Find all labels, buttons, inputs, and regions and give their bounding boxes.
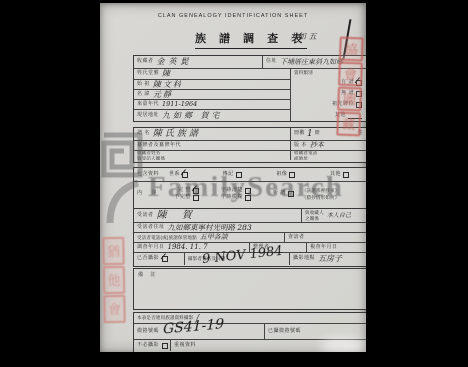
field-label: 始 祖: [137, 82, 150, 88]
handwritten-value: 1911-1964: [162, 101, 197, 108]
field-label: 查訪者: [288, 235, 305, 241]
checkbox-icon: [162, 256, 168, 262]
seal-char: 會: [338, 62, 363, 87]
form-en-title: CLAN GENEALOGY IDENTIFICATION SHEET: [100, 13, 366, 19]
field-label: 冊數: [294, 131, 305, 137]
scanned-document-viewport: FamilySearch 協 會 圖 藏 猶 他 會 CLAN GENEALOG…: [0, 0, 468, 367]
handwritten-value: 抄本: [310, 142, 324, 149]
field-label: 微捲號碼: [137, 329, 159, 335]
field-label: 之關係: [305, 216, 324, 221]
field-label: 姓氏堂號: [137, 71, 159, 77]
red-seal-stamp-left: 猶 他 會: [102, 237, 125, 323]
seal-char: 他: [103, 266, 125, 294]
checkbox-icon: [343, 172, 349, 178]
handwritten-value: 下埔厝庄東斜九如鄉: [280, 59, 343, 66]
handwritten-value: 陳 賀: [157, 211, 198, 221]
field-label: 備 註: [138, 273, 158, 279]
field-label: 不必攝影: [137, 343, 159, 349]
seal-char: 會: [103, 295, 125, 323]
seal-char: 猶: [102, 237, 124, 265]
field-label: 重複資料: [174, 343, 196, 349]
familysearch-watermark-text: FamilySearch: [148, 171, 344, 204]
field-label: 已否攝影: [137, 256, 159, 262]
handwritten-value: 九如鄉東寧村光明路 283: [168, 224, 252, 232]
red-seal-stamp-right: 協 會 圖 藏: [336, 37, 363, 137]
checkbox-icon: [162, 343, 168, 349]
handwritten-value: 本人自己: [327, 213, 351, 219]
field-label: 住址: [266, 59, 277, 65]
table-record-holder: 收藏者 金英髭 住址 下埔厝庄東斜九如鄉 姓氏堂號 陳 始 祖 陳文科: [133, 55, 366, 122]
table-genealogy-title: 譜 名 陳氏族譜 冊數 1 冊 卷 纂修者及纂修年代 版 本 抄本: [133, 127, 366, 163]
handwritten-value: 元靜: [153, 91, 173, 99]
field-label: 收藏者: [137, 59, 154, 65]
handwritten-value: 1: [307, 130, 313, 139]
remarks-box: 備 註: [133, 268, 366, 310]
field-label: 現居地址: [137, 113, 159, 119]
seal-char: 圖: [337, 87, 362, 112]
field-label: 攝影地點: [293, 256, 315, 262]
field-label: 名 諱: [137, 92, 150, 98]
handwritten-value: 陳文科: [153, 81, 183, 89]
handwritten-value: 陳: [162, 70, 170, 78]
field-label: 調查年月日: [137, 245, 165, 251]
field-label: 或地址: [294, 156, 318, 160]
handwritten-value: 五房子: [318, 255, 342, 263]
corner-handwritten-note: 九如 五: [290, 33, 317, 41]
field-label: 與收藏人: [305, 210, 324, 215]
field-label: 複查年月日: [310, 245, 338, 251]
handwritten-value: 金英髭: [157, 58, 193, 66]
field-label: 冊: [315, 131, 321, 137]
field-label: 版 本: [294, 143, 307, 149]
seal-char: 藏: [336, 112, 361, 137]
handwritten-value: 陳氏族譜: [153, 130, 201, 139]
handwritten-value: 五甲各談: [200, 234, 228, 241]
field-label: 收藏者電話: [294, 151, 318, 155]
handwritten-value: 1984. 11. 7: [168, 244, 208, 251]
field-label: 受訪者電話(或)族譜保管地點: [137, 235, 197, 240]
handwritten-value: 九如鄉 賀宅: [162, 112, 223, 120]
field-label: 已攝微捲號碼: [268, 329, 301, 335]
field-label: 來臺年代: [137, 102, 159, 108]
genealogy-form-paper: FamilySearch 協 會 圖 藏 猶 他 會 CLAN GENEALOG…: [100, 3, 366, 352]
seal-char: 協: [339, 37, 364, 62]
field-label: 資料類別: [294, 70, 313, 75]
scan-glare: [320, 338, 365, 352]
